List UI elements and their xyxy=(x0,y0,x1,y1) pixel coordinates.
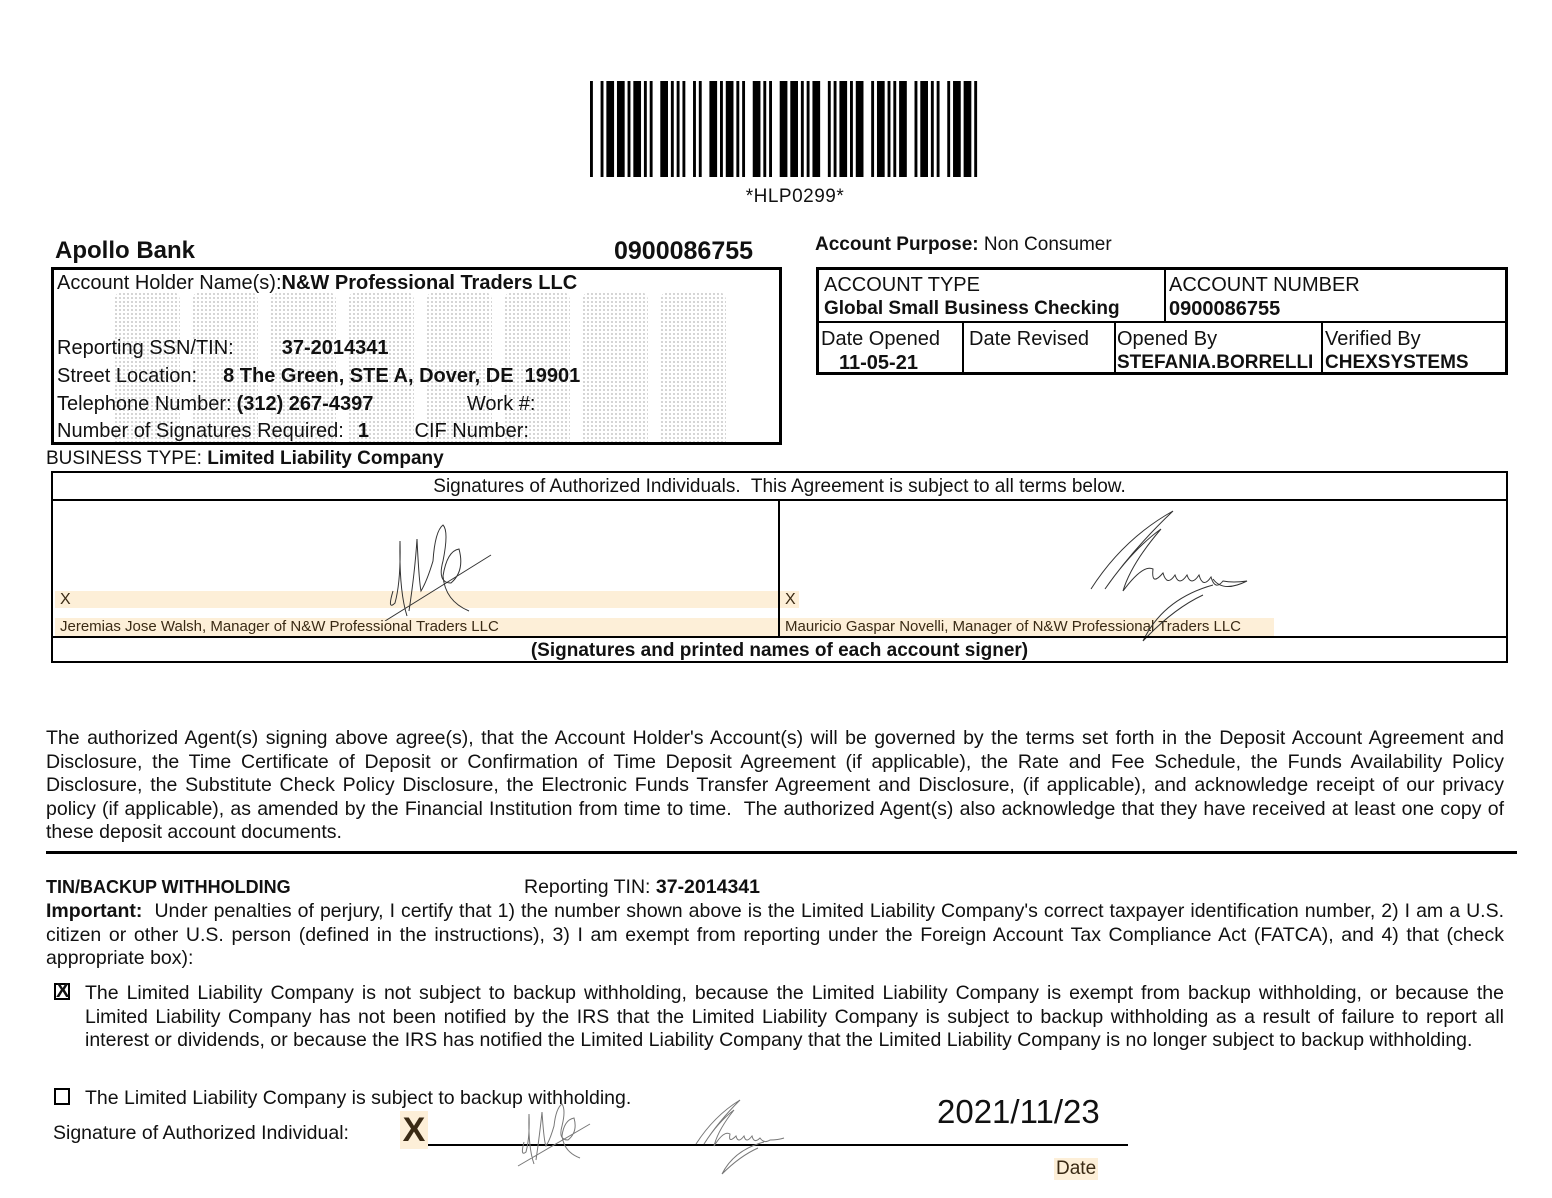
street-value: 8 The Green, STE A, Dover, DE 19901 xyxy=(223,365,580,387)
opened-by-value: STEFANIA.BORRELLI xyxy=(1117,351,1318,375)
date-label: Date xyxy=(1054,1158,1098,1180)
date-opened-cell: Date Opened 11-05-21 xyxy=(819,325,962,377)
agreement-paragraph: The authorized Agent(s) signing above ag… xyxy=(46,727,1504,845)
ssn-value: 37-2014341 xyxy=(282,337,389,359)
important-label: Important: xyxy=(46,900,142,922)
account-number-cell: ACCOUNT NUMBER 0900086755 xyxy=(1164,271,1508,323)
signature-date-value: 2021/11/23 xyxy=(937,1093,1100,1131)
account-type-value: Global Small Business Checking xyxy=(824,297,1159,321)
ssn-label: Reporting SSN/TIN: xyxy=(57,337,234,359)
date-opened-label: Date Opened xyxy=(821,327,957,351)
signatures-header: Signatures of Authorized Individuals. Th… xyxy=(53,473,1506,501)
option-2-checkbox[interactable] xyxy=(54,1088,70,1105)
ssn-row: Reporting SSN/TIN:37-2014341 xyxy=(57,337,389,360)
business-type-label: BUSINESS TYPE: xyxy=(46,448,202,469)
tin-reporting-label: Reporting TIN: xyxy=(524,876,650,898)
bank-name: Apollo Bank xyxy=(55,237,195,265)
signer-1-signature xyxy=(373,521,503,621)
business-type-value: Limited Liability Company xyxy=(207,448,443,469)
account-holder-box: Account Holder Name(s):N&W Professional … xyxy=(51,267,782,445)
important-text: Under penalties of perjury, I certify th… xyxy=(46,900,1509,969)
opened-by-cell: Opened By STEFANIA.BORRELLI xyxy=(1116,325,1323,377)
street-row: Street Location:8 The Green, STE A, Dove… xyxy=(57,365,580,388)
account-number-value: 0900086755 xyxy=(1169,297,1503,321)
signer-2-x-line[interactable]: X xyxy=(780,591,799,608)
opened-by-label: Opened By xyxy=(1117,327,1318,351)
signatures-footer: (Signatures and printed names of each ac… xyxy=(53,636,1506,663)
sigs-value: 1 xyxy=(358,420,369,442)
account-info-table: ACCOUNT TYPE Global Small Business Check… xyxy=(816,267,1508,375)
verified-by-cell: Verified By CHEXSYSTEMS xyxy=(1323,325,1509,377)
business-type: BUSINESS TYPE: Limited Liability Company xyxy=(46,448,444,470)
signature-label: Signature of Authorized Individual: xyxy=(53,1122,349,1145)
work-label: Work #: xyxy=(467,393,536,415)
account-purpose: Account Purpose: Non Consumer xyxy=(815,234,1112,256)
important-certification: Important: Under penalties of perjury, I… xyxy=(46,900,1504,971)
tin-heading: TIN/BACKUP WITHHOLDING xyxy=(46,877,291,898)
date-revised-label: Date Revised xyxy=(969,327,1109,351)
verified-by-label: Verified By xyxy=(1325,327,1504,351)
account-type-cell: ACCOUNT TYPE Global Small Business Check… xyxy=(819,271,1164,323)
signature-1-small xyxy=(510,1102,600,1172)
date-opened-value: 11-05-21 xyxy=(821,351,957,375)
signature-divider xyxy=(778,501,780,636)
street-label: Street Location: xyxy=(57,365,197,387)
signature-x-mark[interactable]: X xyxy=(400,1111,428,1149)
account-purpose-value: Non Consumer xyxy=(984,234,1112,255)
sigs-label: Number of Signatures Required: xyxy=(57,420,344,442)
signature-2-small xyxy=(690,1098,790,1178)
barcode-text: *HLP0299* xyxy=(590,186,1000,208)
signer-2-signature xyxy=(1083,509,1263,649)
signatures-box: Signatures of Authorized Individuals. Th… xyxy=(51,471,1508,663)
tin-reporting: Reporting TIN: 37-2014341 xyxy=(524,876,760,899)
phone-label: Telephone Number: xyxy=(57,393,232,415)
phone-row: Telephone Number:(312) 267-4397 Work #: xyxy=(57,393,535,416)
holder-name-value: N&W Professional Traders LLC xyxy=(282,272,578,294)
holder-name-label: Account Holder Name(s): xyxy=(57,272,282,294)
account-number-label: ACCOUNT NUMBER xyxy=(1169,273,1503,297)
account-purpose-label: Account Purpose: xyxy=(815,234,979,255)
header-account-number: 0900086755 xyxy=(614,237,753,266)
option-1-checkbox[interactable]: X xyxy=(54,983,70,1000)
phone-value: (312) 267-4397 xyxy=(237,393,374,415)
account-type-label: ACCOUNT TYPE xyxy=(824,273,1159,297)
date-revised-cell: Date Revised xyxy=(964,325,1114,353)
barcode xyxy=(590,81,980,177)
holder-name-row: Account Holder Name(s):N&W Professional … xyxy=(57,272,577,295)
section-divider xyxy=(46,851,1517,854)
cif-label: CIF Number: xyxy=(415,420,529,442)
signatures-required-row: Number of Signatures Required:1 CIF Numb… xyxy=(57,420,529,443)
verified-by-value: CHEXSYSTEMS xyxy=(1325,351,1504,375)
option-1-text: The Limited Liability Company is not sub… xyxy=(85,982,1504,1053)
tin-reporting-value: 37-2014341 xyxy=(656,876,760,898)
